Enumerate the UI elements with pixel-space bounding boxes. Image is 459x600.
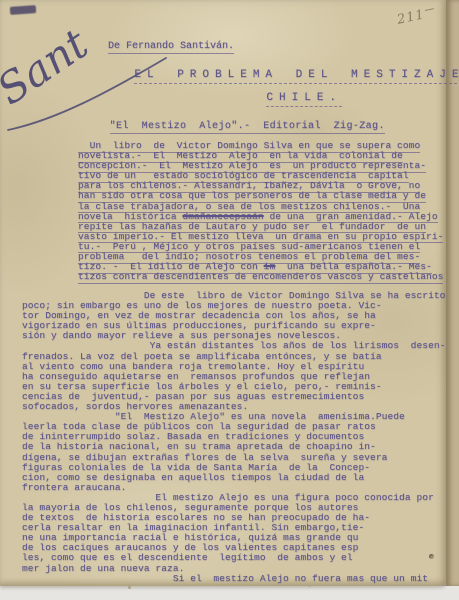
paper-speck — [308, 585, 311, 587]
lede-line: tizos contra descendientes de encomender… — [78, 272, 443, 282]
body-line: de la historia nacional, en su trama apr… — [22, 442, 445, 452]
article-body: De este libro de Victor Domingo Silva se… — [22, 291, 445, 584]
paper-speck — [128, 586, 131, 589]
scan-background: Sant 211 De Fernando Santiván. EL PROBLE… — [0, 0, 459, 600]
document-subtitle: "El Mestizo Alejo".- Editorial Zig-Zag. — [84, 110, 385, 143]
subtitle-text: "El Mestizo Alejo".- Editorial Zig-Zag. — [110, 121, 385, 134]
crossed-out-text: dmañanecepsaán — [182, 211, 263, 222]
byline-text: De Fernando Santiván. — [108, 41, 234, 54]
lede-summary: Un libro de Victor Domingo Silva en que … — [78, 141, 443, 282]
body-line: Si el mestizo Alejo no fuera mas que un … — [22, 574, 445, 584]
title-line2-text: CHILE. — [266, 92, 342, 107]
paper-speck — [429, 554, 434, 559]
